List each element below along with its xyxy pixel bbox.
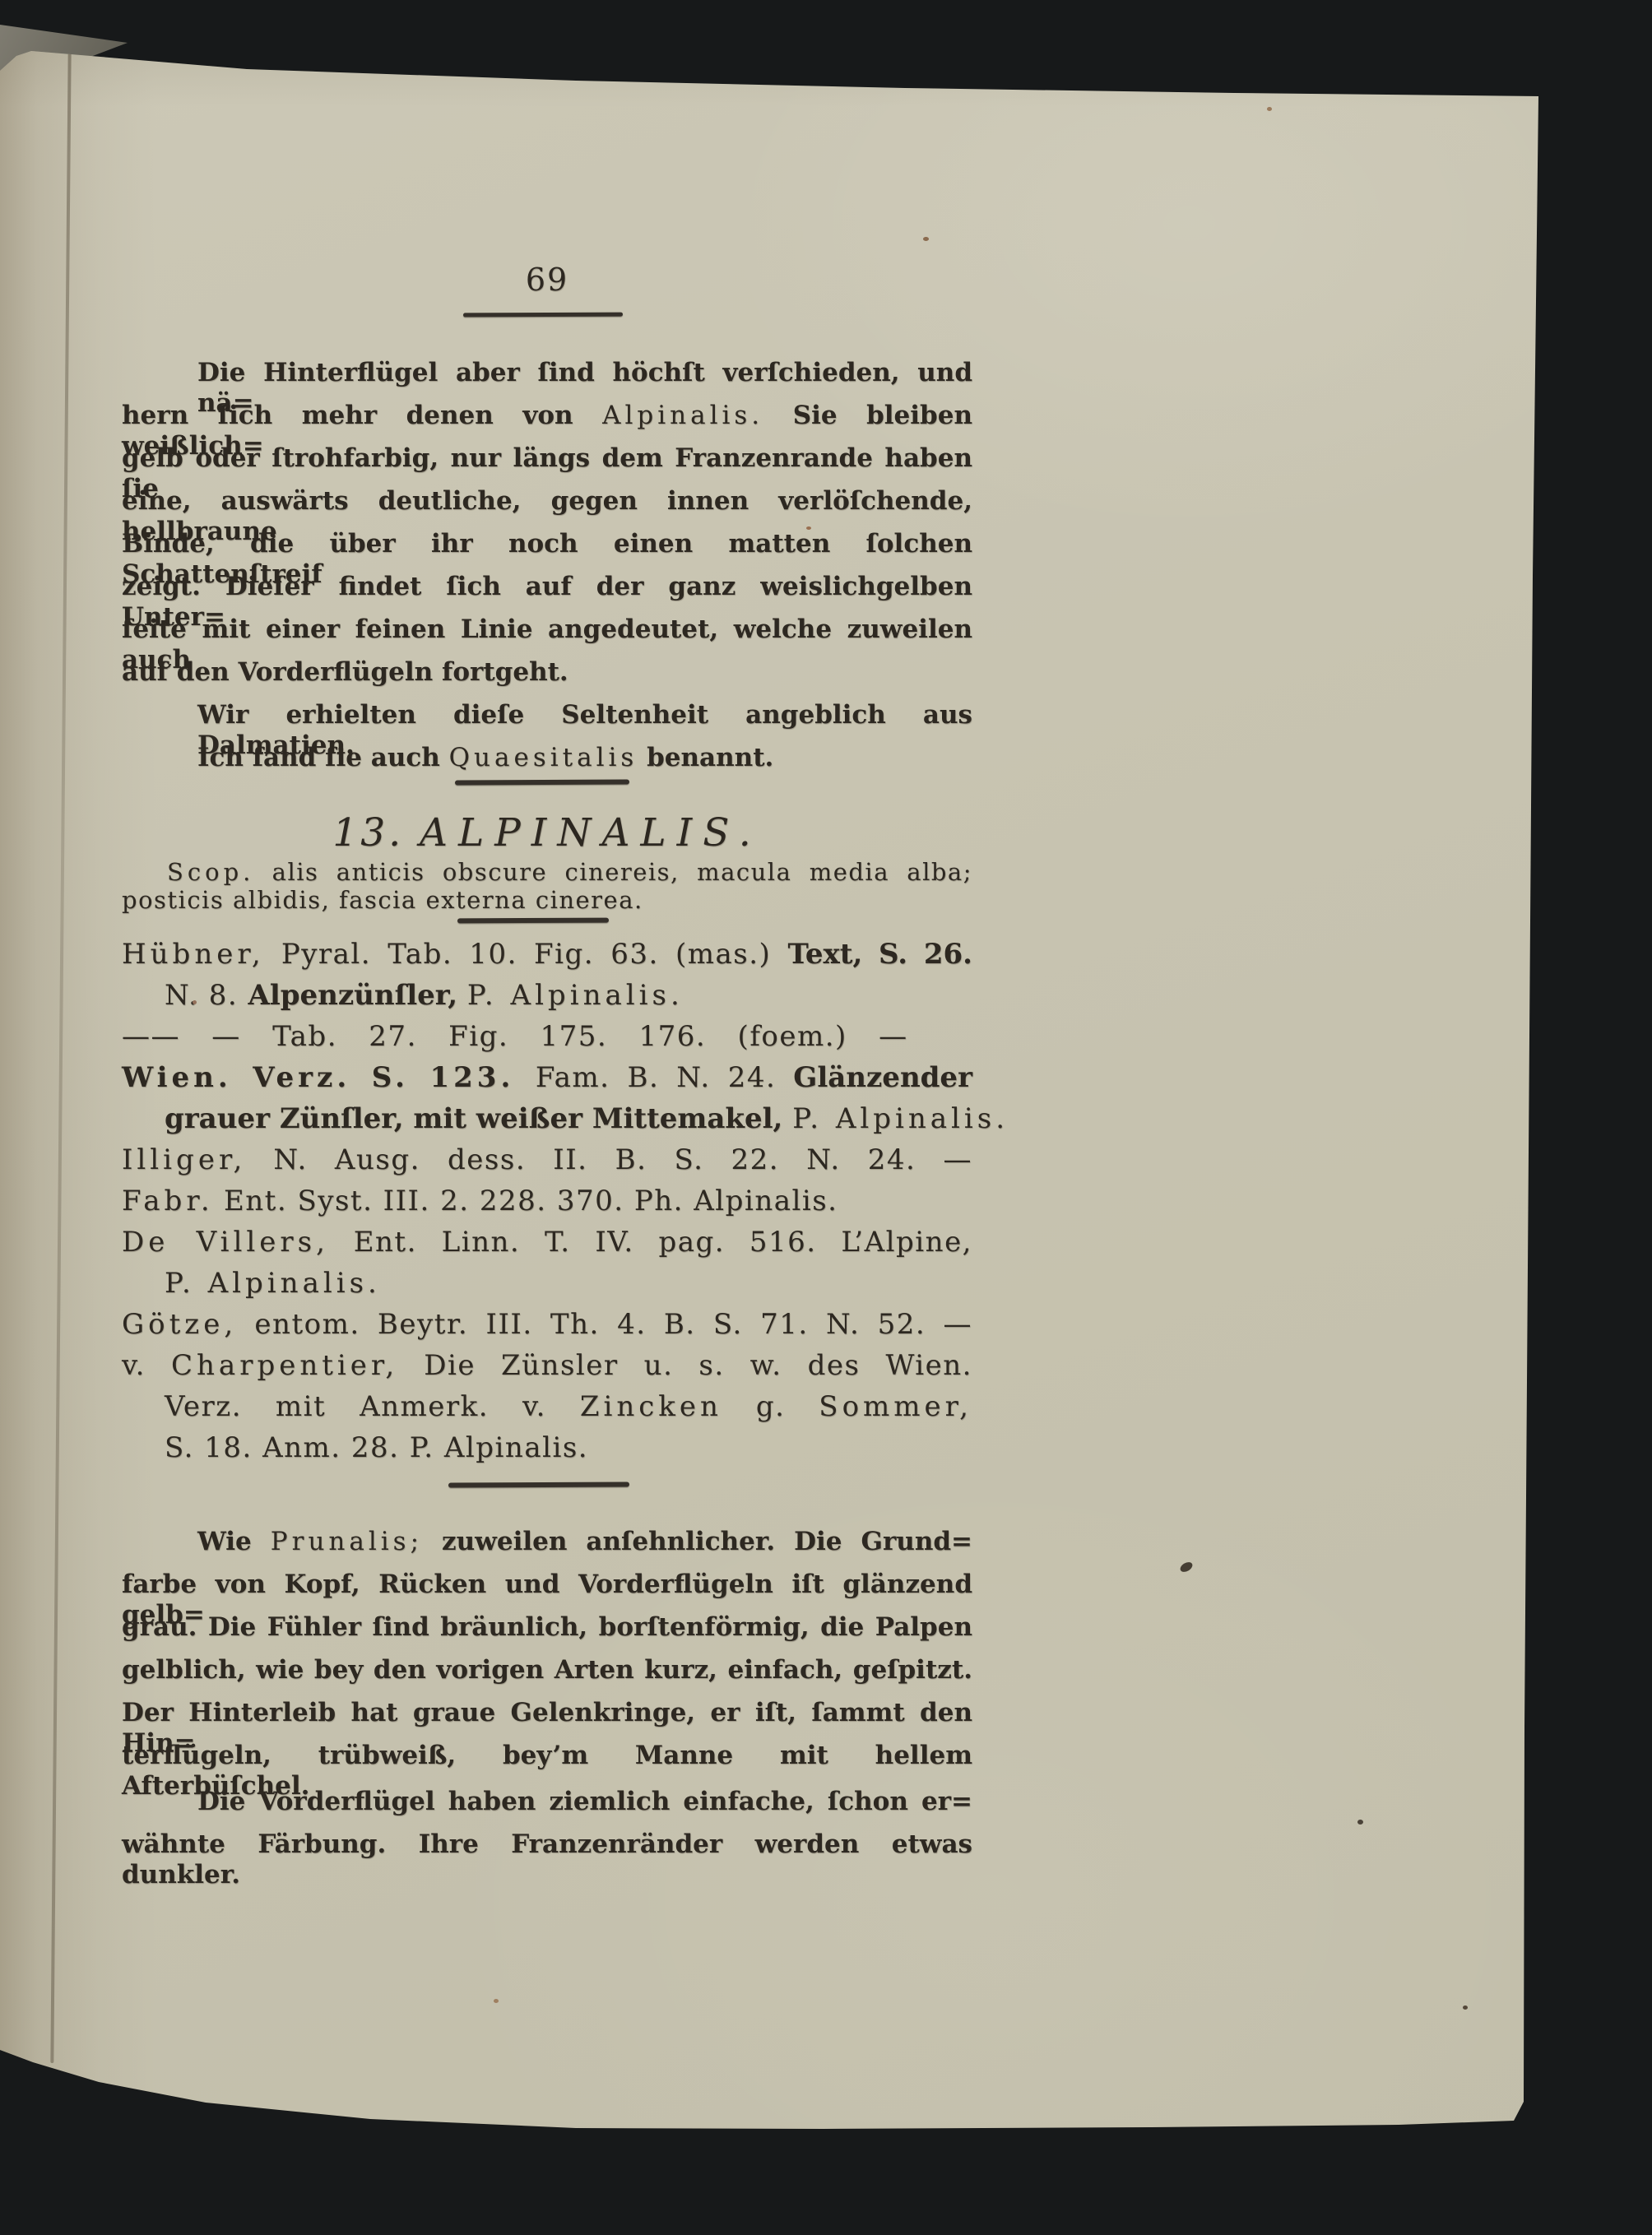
foxing-spot xyxy=(923,237,929,241)
text-segment: Text, S. 26. xyxy=(787,938,972,971)
reference-line: —— — Tab. 27. Fig. 175. 176. (foem.) — xyxy=(122,1020,972,1053)
text-segment: benannt. xyxy=(638,743,773,772)
text-segment: alis anticis obscure cinereis, macula me… xyxy=(254,858,972,886)
text-segment: Scop. xyxy=(167,858,254,886)
text-segment: Ich fand ſie auch xyxy=(197,743,449,772)
ink-speck xyxy=(1357,1820,1363,1825)
text-segment: Die Zünsler u. s. w. des Wien. xyxy=(398,1349,972,1382)
text-segment: Charpentier, xyxy=(171,1349,398,1382)
section-divider xyxy=(448,1482,629,1488)
text-segment: Wien. Verz. S. 123. xyxy=(122,1061,536,1094)
reference-line: Wien. Verz. S. 123. Fam. B. N. 24. Glänz… xyxy=(122,1061,972,1094)
text-segment: grau. Die Fühler ſind bräunlich, borſten… xyxy=(122,1612,972,1642)
text-segment: v. xyxy=(122,1349,171,1382)
text-segment: S. 18. Anm. 28. P. Alpinalis. xyxy=(165,1431,588,1464)
text-segment: P. Alpinalis. xyxy=(165,1267,381,1300)
book-page: 69 Die Hinterflügel aber ſind höchſt ver… xyxy=(0,0,1652,2235)
text-segment: Ent. Linn. T. IV. pag. 516. L’Alpine, xyxy=(329,1226,972,1259)
text-segment: Ent. Syst. III. 2. 228. 370. Ph. Alpinal… xyxy=(214,1185,838,1217)
page-number: 69 xyxy=(122,262,972,298)
paragraph-line: Wie Prunalis; zuweilen anſehnlicher. Die… xyxy=(122,1527,972,1557)
paragraph-line: Die Vorderflügel haben ziemlich einfache… xyxy=(122,1787,972,1817)
species-heading: 13. ALPINALIS. xyxy=(122,810,972,856)
text-segment: posticis albidis, fascia externa cinerea… xyxy=(122,886,643,914)
foxing-spot xyxy=(494,1999,499,2003)
foxing-spot xyxy=(193,1000,197,1004)
scan-background: 69 Die Hinterflügel aber ſind höchſt ver… xyxy=(0,0,1652,2235)
paragraph-line: gelblich, wie bey den vorigen Arten kurz… xyxy=(122,1655,972,1686)
reference-line: Verz. mit Anmerk. v. Zincken g. Sommer, xyxy=(122,1390,972,1423)
paragraph-line: auf den Vorderflügeln fortgeht. xyxy=(122,657,972,688)
text-segment: g. xyxy=(722,1390,819,1423)
foxing-spot xyxy=(806,526,811,530)
text-segment: P. Alpinalis. xyxy=(792,1102,1009,1135)
latin-diagnosis-line: posticis albidis, fascia externa cinerea… xyxy=(122,886,972,914)
text-segment: grauer Zünſler, mit weißer Mittemakel, xyxy=(165,1102,792,1135)
text-segment: auf den Vorderflügeln fortgeht. xyxy=(122,657,568,687)
text-segment: wähnte Färbung. Ihre Franzenränder werde… xyxy=(122,1829,972,1890)
reference-line: De Villers, Ent. Linn. T. IV. pag. 516. … xyxy=(122,1226,972,1259)
text-segment: Glänzender xyxy=(793,1061,972,1094)
book-edge-sliver xyxy=(0,2094,38,2119)
paragraph-line: grau. Die Fühler ſind bräunlich, borſten… xyxy=(122,1612,972,1643)
paragraph-line: wähnte Färbung. Ihre Franzenränder werde… xyxy=(122,1829,972,1890)
text-segment: entom. Beytr. III. Th. 4. B. S. 71. N. 5… xyxy=(237,1308,972,1341)
text-segment: zuweilen anſehnlicher. Die Grund= xyxy=(423,1527,972,1556)
text-segment: Illiger, xyxy=(122,1143,246,1176)
reference-line: Fabr. Ent. Syst. III. 2. 228. 370. Ph. A… xyxy=(122,1185,972,1217)
reference-line: grauer Zünſler, mit weißer Mittemakel, P… xyxy=(122,1102,972,1135)
text-segment: hern ſich mehr denen von xyxy=(122,401,602,430)
ink-speck xyxy=(1179,1560,1195,1574)
text-segment: Wie xyxy=(197,1527,271,1556)
text-segment: Zincken xyxy=(580,1390,722,1423)
text-segment: —— — Tab. 27. Fig. 175. 176. (foem.) — xyxy=(122,1020,908,1053)
text-segment: Fabr. xyxy=(122,1185,214,1217)
section-divider xyxy=(455,780,629,786)
reference-line: N. 8. Alpenzünſler, P. Alpinalis. xyxy=(122,979,972,1012)
reference-line: Hübner, Pyral. Tab. 10. Fig. 63. (mas.) … xyxy=(122,938,972,971)
reference-line: Illiger, N. Ausg. dess. II. B. S. 22. N.… xyxy=(122,1143,972,1176)
text-segment: N. Ausg. dess. II. B. S. 22. N. 24. — xyxy=(246,1143,972,1176)
reference-line: v. Charpentier, Die Zünsler u. s. w. des… xyxy=(122,1349,972,1382)
page-number-rule xyxy=(463,313,623,318)
text-segment: Sommer, xyxy=(819,1390,972,1423)
text-segment: ALPINALIS. xyxy=(420,810,762,856)
foxing-spot xyxy=(1267,107,1272,111)
text-segment: Götze, xyxy=(122,1308,237,1341)
text-segment: Verz. mit Anmerk. v. xyxy=(165,1390,580,1423)
reference-line: Götze, entom. Beytr. III. Th. 4. B. S. 7… xyxy=(122,1308,972,1341)
text-segment: Hübner, xyxy=(122,938,265,971)
text-segment: Alpenzünſler, xyxy=(248,979,466,1012)
text-segment: gelblich, wie bey den vorigen Arten kurz… xyxy=(122,1655,972,1685)
text-segment: De Villers, xyxy=(122,1226,329,1259)
latin-diagnosis-line: Scop. alis anticis obscure cinereis, mac… xyxy=(122,858,972,886)
reference-line: S. 18. Anm. 28. P. Alpinalis. xyxy=(122,1431,972,1464)
text-segment: Pyral. Tab. 10. Fig. 63. (mas.) xyxy=(265,938,788,971)
ink-speck xyxy=(1463,2005,1468,2010)
text-segment: N. 8. xyxy=(165,979,248,1012)
paragraph-line: Ich fand ſie auch Quaesitalis benannt. xyxy=(122,743,972,773)
text-segment: Prunalis; xyxy=(271,1527,423,1556)
page-crease xyxy=(50,51,71,2063)
text-segment: Fam. B. N. 24. xyxy=(536,1061,793,1094)
section-divider xyxy=(457,918,609,924)
reference-line: P. Alpinalis. xyxy=(122,1267,972,1300)
text-segment: Alpinalis. xyxy=(602,401,763,430)
text-segment: P. Alpinalis. xyxy=(467,979,684,1012)
text-segment: Quaesitalis xyxy=(449,743,638,772)
text-segment: Die Vorderflügel haben ziemlich einfache… xyxy=(197,1787,972,1816)
text-segment: 13. xyxy=(332,810,420,856)
